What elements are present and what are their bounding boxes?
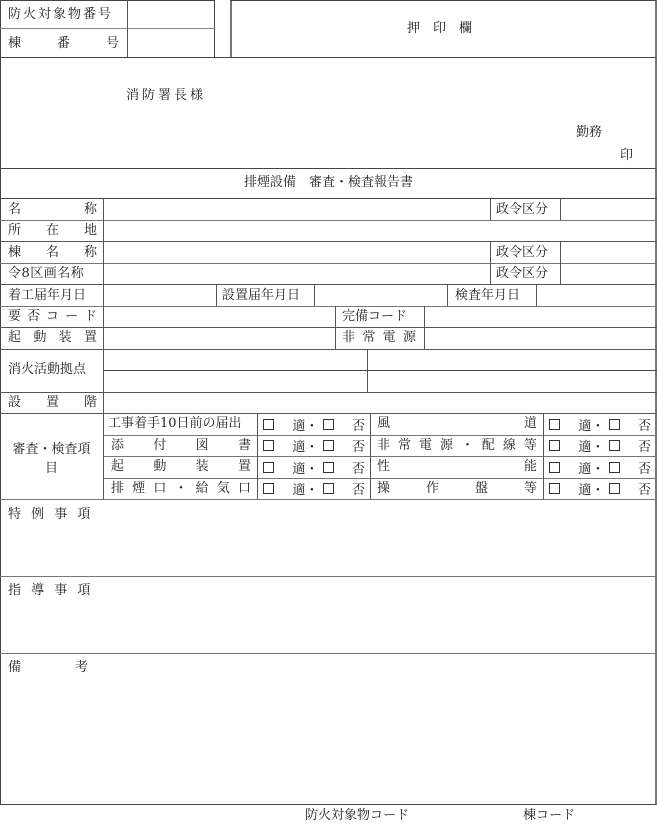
ok-checkbox[interactable] <box>263 462 274 473</box>
letter-area <box>0 57 657 169</box>
installation-notice-date-field[interactable] <box>315 285 447 306</box>
seirei-field-1[interactable] <box>561 199 655 220</box>
fire-object-number-label: 防火対象物番号 <box>8 8 113 21</box>
building-code-label: 棟コード <box>523 809 575 822</box>
name-label: 名 称 <box>8 203 97 216</box>
seirei-field-3[interactable] <box>561 264 655 284</box>
addressee-label: 消防署長様 <box>126 89 206 102</box>
address-field[interactable] <box>104 221 655 241</box>
divider <box>490 241 491 284</box>
rei8-field[interactable] <box>104 264 490 284</box>
ng-checkbox[interactable] <box>609 483 620 494</box>
name-field[interactable] <box>104 199 490 220</box>
divider <box>257 413 258 499</box>
inspection-date-label: 検査年月日 <box>455 289 520 302</box>
ng-checkbox[interactable] <box>323 462 334 473</box>
review-item-smoke-vent: 排 煙 口 ・ 給 気 口 <box>111 482 251 495</box>
installation-floor-field[interactable] <box>104 393 655 413</box>
divider <box>490 198 491 220</box>
ng-checkbox[interactable] <box>609 462 620 473</box>
review-item-attached-drawings: 添 付 図 書 <box>111 439 251 452</box>
stamp-area[interactable] <box>232 1 654 57</box>
seirei-label-1: 政令区分 <box>496 203 548 216</box>
seirei-field-2[interactable] <box>561 242 655 263</box>
ok-checkbox[interactable] <box>549 462 560 473</box>
building-name-field[interactable] <box>104 242 490 263</box>
firefighting-base-field-3[interactable] <box>104 371 367 392</box>
activation-device-field[interactable] <box>104 328 335 349</box>
completion-code-label: 完備コード <box>342 310 407 323</box>
building-number-label: 棟 番 号 <box>8 37 119 50</box>
guidance-field[interactable] <box>1 577 655 653</box>
fire-object-code-label: 防火対象物コード <box>305 809 409 822</box>
ok-checkbox[interactable] <box>549 440 560 451</box>
review-eval-left-1: 適・ 否 <box>263 435 365 456</box>
activation-device-label: 起 動 装 置 <box>8 331 97 344</box>
divider <box>335 306 336 349</box>
review-eval-right-3: 適・ 否 <box>549 478 651 499</box>
review-item-activation-device: 起 動 装 置 <box>111 460 251 473</box>
divider <box>543 413 544 499</box>
seirei-label-2: 政令区分 <box>496 246 548 259</box>
special-cases-field[interactable] <box>1 500 655 576</box>
review-eval-left-0: 適・ 否 <box>263 414 365 435</box>
firefighting-base-label: 消火活動拠点 <box>8 363 86 376</box>
divider <box>370 413 371 499</box>
review-eval-left-2: 適・ 否 <box>263 456 365 478</box>
address-label: 所 在 地 <box>8 224 97 237</box>
seal-label: 印 <box>620 149 633 162</box>
rei8-label: 令8区画名称 <box>8 267 84 280</box>
ng-checkbox[interactable] <box>323 483 334 494</box>
divider <box>447 284 448 306</box>
construction-notice-date-label: 着工届年月日 <box>8 289 86 302</box>
review-eval-right-0: 適・ 否 <box>549 414 651 435</box>
building-number-field[interactable] <box>128 29 214 57</box>
firefighting-base-field-1[interactable] <box>104 350 367 370</box>
construction-notice-date-field[interactable] <box>104 285 216 306</box>
emergency-power-field[interactable] <box>425 328 655 349</box>
review-item-air-duct: 風 道 <box>377 417 537 430</box>
review-eval-left-3: 適・ 否 <box>263 478 365 499</box>
ng-checkbox[interactable] <box>323 419 334 430</box>
review-item-control-panel: 操 作 盤 等 <box>377 482 537 495</box>
review-eval-right-1: 適・ 否 <box>549 435 651 456</box>
ng-checkbox[interactable] <box>609 440 620 451</box>
review-eval-right-2: 適・ 否 <box>549 456 651 478</box>
report-title: 排煙設備 審査・検査報告書 <box>0 176 657 189</box>
necessity-code-label: 要 否 コ ー ド <box>8 310 97 323</box>
review-section-label: 審査・検査項 目 <box>0 440 103 478</box>
firefighting-base-field-2[interactable] <box>368 350 655 370</box>
installation-floor-label: 設 置 階 <box>8 396 97 409</box>
seirei-label-3: 政令区分 <box>496 267 548 280</box>
ok-checkbox[interactable] <box>263 440 274 451</box>
emergency-power-label: 非 常 電 源 <box>342 331 416 344</box>
review-item-emergency-power-wiring: 非 常 電 源 ・ 配 線 等 <box>377 439 537 452</box>
ok-checkbox[interactable] <box>263 419 274 430</box>
firefighting-base-field-4[interactable] <box>368 371 655 392</box>
completion-code-field[interactable] <box>425 307 655 327</box>
review-item-performance: 性 能 <box>377 460 537 473</box>
ng-checkbox[interactable] <box>609 419 620 430</box>
remarks-field[interactable] <box>1 654 655 804</box>
review-item-construction-notice: 工事着手10日前の届出 <box>108 417 242 430</box>
fire-object-number-field[interactable] <box>128 1 214 28</box>
installation-notice-date-label: 設置届年月日 <box>222 289 300 302</box>
ng-checkbox[interactable] <box>323 440 334 451</box>
ok-checkbox[interactable] <box>263 483 274 494</box>
ok-checkbox[interactable] <box>549 483 560 494</box>
building-name-label: 棟 名 称 <box>8 246 97 259</box>
necessity-code-field[interactable] <box>104 307 335 327</box>
inspection-date-field[interactable] <box>537 285 655 306</box>
divider <box>216 284 217 306</box>
ok-checkbox[interactable] <box>549 419 560 430</box>
work-label: 勤務 <box>576 126 602 139</box>
